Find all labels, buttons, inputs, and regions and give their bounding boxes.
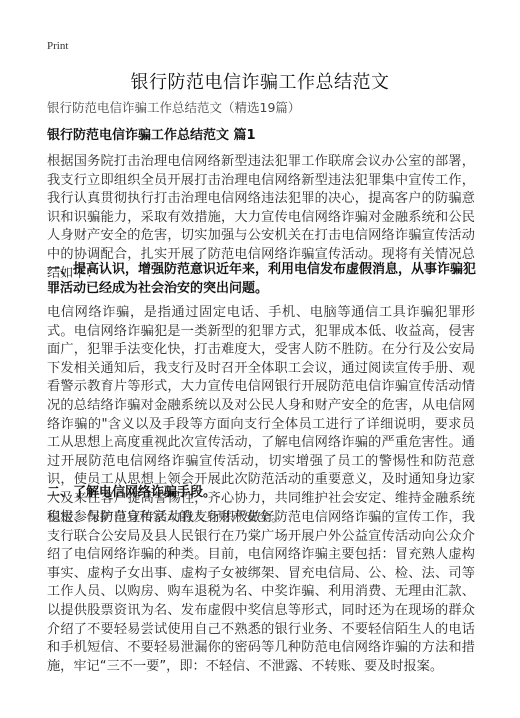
document-page: Print 银行防范电信诈骗工作总结范文 银行防范电信诈骗工作总结范文（精选19… — [0, 0, 520, 718]
document-title: 银行防范电信诈骗工作总结范文 — [0, 68, 520, 94]
section-2-paragraph: 积极参与防范宣传活动我支行积极做好防范电信网络诈骗的宣传工作，我支行联合公安局及… — [47, 509, 475, 676]
print-label[interactable]: Print — [47, 40, 68, 52]
document-subtitle: 银行防范电信诈骗工作总结范文（精选19篇） — [47, 98, 300, 116]
article-heading: 银行防范电信诈骗工作总结范文 篇1 — [47, 127, 477, 146]
section-2-heading: 二、了解电信网络诈骗手段。 — [47, 484, 477, 503]
section-1-heading: 一、提高认识，增强防范意识近年来，利用电信发布虚假消息，从事诈骗犯罪活动已经成为… — [47, 261, 477, 298]
